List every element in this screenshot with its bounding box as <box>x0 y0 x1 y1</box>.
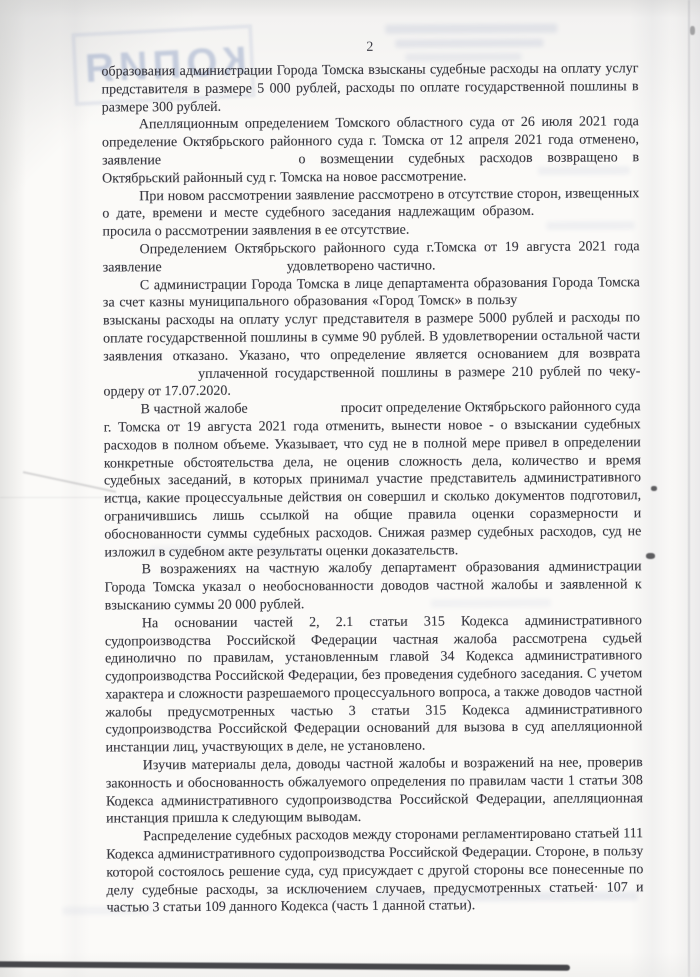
paragraph: В возражениях на частную жалобу департам… <box>104 559 641 616</box>
staple-mark <box>651 486 657 491</box>
paragraph: Изучив материалы дела, доводы частной жа… <box>106 754 643 828</box>
scan-edge-line <box>688 0 690 977</box>
paragraph: образования администрации Города Томска … <box>101 60 638 117</box>
document-body: образования администрации Города Томска … <box>101 60 643 918</box>
redacted-name-gap <box>103 377 191 379</box>
paragraph: При новом рассмотрении заявление рассмот… <box>102 185 639 242</box>
redacted-name-gap <box>165 269 283 271</box>
edge-speck <box>690 26 695 35</box>
paragraph: С администрации Города Томска в лице деп… <box>103 274 641 402</box>
paragraph: На основании частей 2, 2.1 статьи 315 Ко… <box>105 612 643 758</box>
bleedthrough-text-line <box>385 24 557 34</box>
paragraph: Апелляционным определением Томского обла… <box>102 114 639 188</box>
page-number: 2 <box>101 38 638 57</box>
paper-crease <box>0 497 260 498</box>
staple-mark <box>646 553 655 559</box>
redacted-name-gap <box>541 214 639 216</box>
redacted-name-gap <box>176 162 284 164</box>
scanned-page: КОПИЯ 2 образования администрации Города… <box>0 0 700 977</box>
paragraph: Распределение судебных расходов между ст… <box>106 825 644 917</box>
redacted-name-gap <box>251 411 337 413</box>
paragraph: Определением Октябрьского районного суда… <box>103 238 640 277</box>
paragraph: В частной жалобе просит определение Октя… <box>104 398 642 561</box>
redacted-name-gap <box>522 303 640 305</box>
